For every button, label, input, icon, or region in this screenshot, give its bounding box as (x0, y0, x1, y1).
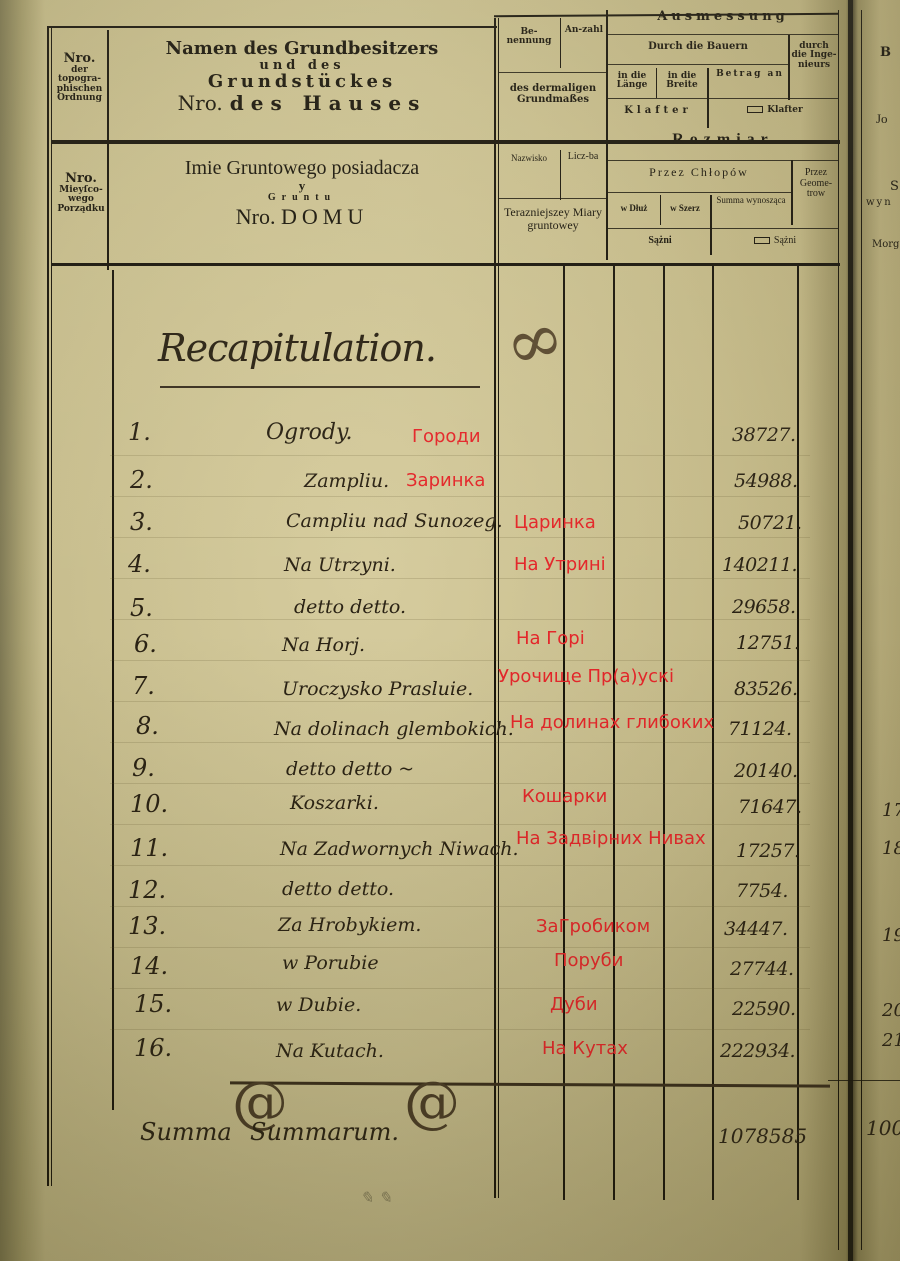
row-value: 140211. (722, 554, 797, 576)
row-annotation: Царинка (514, 512, 596, 533)
row-annotation: Поруби (554, 950, 623, 971)
adjacent-fragment: S (890, 180, 899, 194)
col-divider-benennung-inner (498, 18, 499, 1198)
row-name: detto detto. (294, 596, 406, 618)
col-divider-benennung (494, 18, 496, 1198)
row-name: Na Zadwornych Niwach. (280, 838, 519, 860)
header-przez-geometrow: Przez Geome-trow (793, 168, 839, 200)
flourish-decoration: ∞ (495, 294, 573, 388)
row-number: 12. (128, 876, 166, 904)
table-border-left (47, 26, 49, 1186)
header-anzahl: An-zahl (562, 26, 606, 35)
summa-label: Summa (140, 1118, 232, 1146)
col-divider-anzahl (560, 18, 561, 68)
row-number: 11. (130, 834, 168, 862)
row-annotation: Заринка (406, 470, 485, 491)
row-annotation: На Задвірних Нивах (516, 828, 706, 849)
row-annotation: Дуби (550, 994, 598, 1015)
row-number: 4. (128, 550, 151, 578)
recapitulation-title: Recapitulation. (158, 326, 436, 370)
header-terazniejszej: Terazniejszey Miary gruntowey (500, 206, 606, 231)
header-bottom-border (52, 263, 840, 266)
summarum-label: Summarum. (250, 1118, 399, 1146)
ruled-line (110, 865, 810, 866)
page-gutter (848, 0, 853, 1261)
header-divider-ausmessung (606, 34, 838, 35)
row-annotation: На Кутах (542, 1038, 628, 1059)
header-w-dluz: w Dłuż (608, 204, 660, 213)
ruled-line (110, 783, 810, 784)
header-betrag-an: Betrag an (712, 70, 788, 79)
adjacent-fragment: wyn (866, 198, 893, 209)
header-name-polish: Imie Gruntowego posiadacza y Gruntu Nro.… (112, 158, 492, 228)
adjacent-row-number: 20 (882, 1000, 900, 1021)
row-value: 34447. (724, 918, 787, 940)
row-name: Na dolinach glembokich. (274, 718, 514, 740)
row-value: 222934. (720, 1040, 795, 1062)
row-name: Na Utrzyni. (284, 554, 396, 576)
row-value: 83526. (734, 678, 797, 700)
ruled-line (110, 496, 810, 497)
row-value: 29658. (732, 596, 795, 618)
header-przez-chlopow: Przez Chłopów (608, 166, 790, 179)
row-number: 5. (130, 594, 153, 622)
header-divider-bauern (606, 64, 790, 65)
adjacent-row-number: 19 (882, 925, 900, 946)
header-klafter: Klafter (608, 106, 708, 117)
row-name: Na Horj. (282, 634, 365, 656)
adjacent-fragment: B (880, 46, 891, 60)
row-number: 3. (130, 508, 153, 536)
header-durch-ingenieurs: durch die Inge-nieurs (790, 42, 838, 70)
row-annotation: На Горі (516, 628, 585, 649)
adjacent-fragment: Morg (872, 240, 899, 251)
row-annotation: Кошарки (522, 786, 607, 807)
row-name: w Dubie. (276, 994, 361, 1016)
adjacent-row-number: 18 (882, 838, 900, 859)
title-underline (160, 386, 480, 388)
swirl-decoration: @ (404, 1070, 460, 1135)
adjacent-total-rule (828, 1080, 900, 1081)
header-divider-rozmiar (606, 160, 838, 161)
square-unit-icon (747, 106, 763, 113)
row-annotation: На долинах глибоких (510, 712, 714, 733)
row-number: 10. (130, 790, 168, 818)
row-number: 15. (134, 990, 172, 1018)
row-name: Na Kutach. (276, 1040, 384, 1062)
ruled-line (110, 906, 810, 907)
header-divider-klafter (606, 98, 838, 99)
ruled-line (110, 619, 810, 620)
row-name: Uroczysko Prasluie. (282, 678, 473, 700)
row-value: 71124. (728, 718, 791, 740)
row-name: detto detto. (282, 878, 394, 900)
row-name: Campliu nad Sunozeg. (286, 510, 503, 532)
row-value: 17257. (736, 840, 799, 862)
header-des-dermaligen: des dermaligen Grundmaßes (500, 84, 606, 105)
row-number: 7. (132, 672, 155, 700)
row-value: 7754. (736, 880, 788, 902)
ruled-line (110, 578, 810, 579)
ruled-line (110, 824, 810, 825)
row-value: 27744. (730, 958, 793, 980)
header-in-die-laenge: in die Länge (608, 72, 656, 91)
row-annotation: ЗаГробиком (536, 916, 650, 937)
header-nr-polish: Nro. Mieyſco- wego Porządku (52, 172, 110, 214)
summa-total: 1078585 (718, 1124, 807, 1148)
header-sazni: Sążni (608, 236, 712, 247)
col-divider-name (107, 30, 109, 270)
col-divider-name-2 (112, 270, 114, 1110)
header-durch-bauern: Durch die Bauern (608, 42, 788, 53)
row-name: w Porubie (282, 952, 379, 974)
adjacent-row-number: 17 (882, 800, 900, 821)
header-divider-benennung (498, 72, 608, 73)
adjacent-row-number: 21 (882, 1030, 900, 1051)
header-benennung: Be-nennung (500, 28, 558, 47)
header-divider-terazniejszej (498, 198, 608, 199)
header-divider-sazni (606, 228, 838, 229)
header-liczba: Licz-ba (563, 152, 603, 163)
ruled-line (110, 660, 810, 661)
row-name: detto detto ~ (286, 758, 414, 780)
row-value: 22590. (732, 998, 795, 1020)
row-value: 20140. (734, 760, 797, 782)
header-quadrat-klafter: Klafter (712, 106, 838, 115)
row-value: 71647. (738, 796, 801, 818)
row-value: 38727. (732, 424, 795, 446)
row-number: 2. (130, 466, 153, 494)
row-number: 6. (134, 630, 157, 658)
adjacent-page-border (861, 10, 862, 1250)
ruled-line (110, 988, 810, 989)
ruled-line (110, 742, 810, 743)
ruled-line (110, 455, 810, 456)
row-number: 13. (128, 912, 166, 940)
header-rozmiar: Rozmiar (608, 132, 838, 149)
row-number: 9. (132, 754, 155, 782)
header-name-german: Namen des Grundbesitzers und des Grundst… (112, 40, 492, 114)
document-page: Nro. der topogra- phischen Ordnung Namen… (0, 0, 900, 1261)
row-annotation: Урочище Пр(а)уcкі (498, 666, 674, 687)
row-number: 14. (130, 952, 168, 980)
col-divider-liczba (560, 150, 561, 200)
row-number: 1. (128, 418, 151, 446)
pencil-smudge: ✎ ✎ (360, 1188, 392, 1207)
square-unit-icon (754, 237, 770, 244)
header-summa-wynoszaca: Summa wynoszącа (712, 196, 790, 205)
ruled-line (110, 947, 810, 948)
row-number: 16. (134, 1034, 172, 1062)
col-divider-breite (656, 68, 657, 98)
row-annotation: Городи (412, 426, 481, 447)
row-annotation: На Утрині (514, 554, 606, 575)
header-divider-chlopow (606, 192, 792, 193)
ruled-line (110, 701, 810, 702)
header-w-szerz: w Szerz (660, 204, 710, 213)
row-name: Koszarki. (290, 792, 379, 814)
header-kw-sazni: Sążni (712, 236, 838, 247)
row-value: 50721. (738, 512, 801, 534)
row-value: 12751. (736, 632, 799, 654)
header-ausmessung: Ausmessung (608, 10, 838, 24)
row-name: Zampliu. (304, 470, 389, 492)
adjacent-total: 100. (866, 1116, 900, 1140)
table-border-top (47, 26, 497, 28)
header-in-die-breite: in die Breite (658, 72, 706, 91)
header-nr-german: Nro. der topogra- phischen Ordnung (52, 52, 107, 103)
header-nazwisko: Nazwisko (498, 154, 560, 163)
row-name: Za Hrobykiem. (278, 914, 421, 936)
summa-rule (230, 1081, 830, 1087)
col-divider-ingenieurs-body (797, 265, 799, 1200)
ruled-line (110, 1029, 810, 1030)
row-name: Ogrody. (266, 420, 352, 445)
ruled-line (110, 537, 810, 538)
row-value: 54988. (734, 470, 797, 492)
adjacent-fragment: Jo (876, 112, 888, 126)
row-number: 8. (136, 712, 159, 740)
